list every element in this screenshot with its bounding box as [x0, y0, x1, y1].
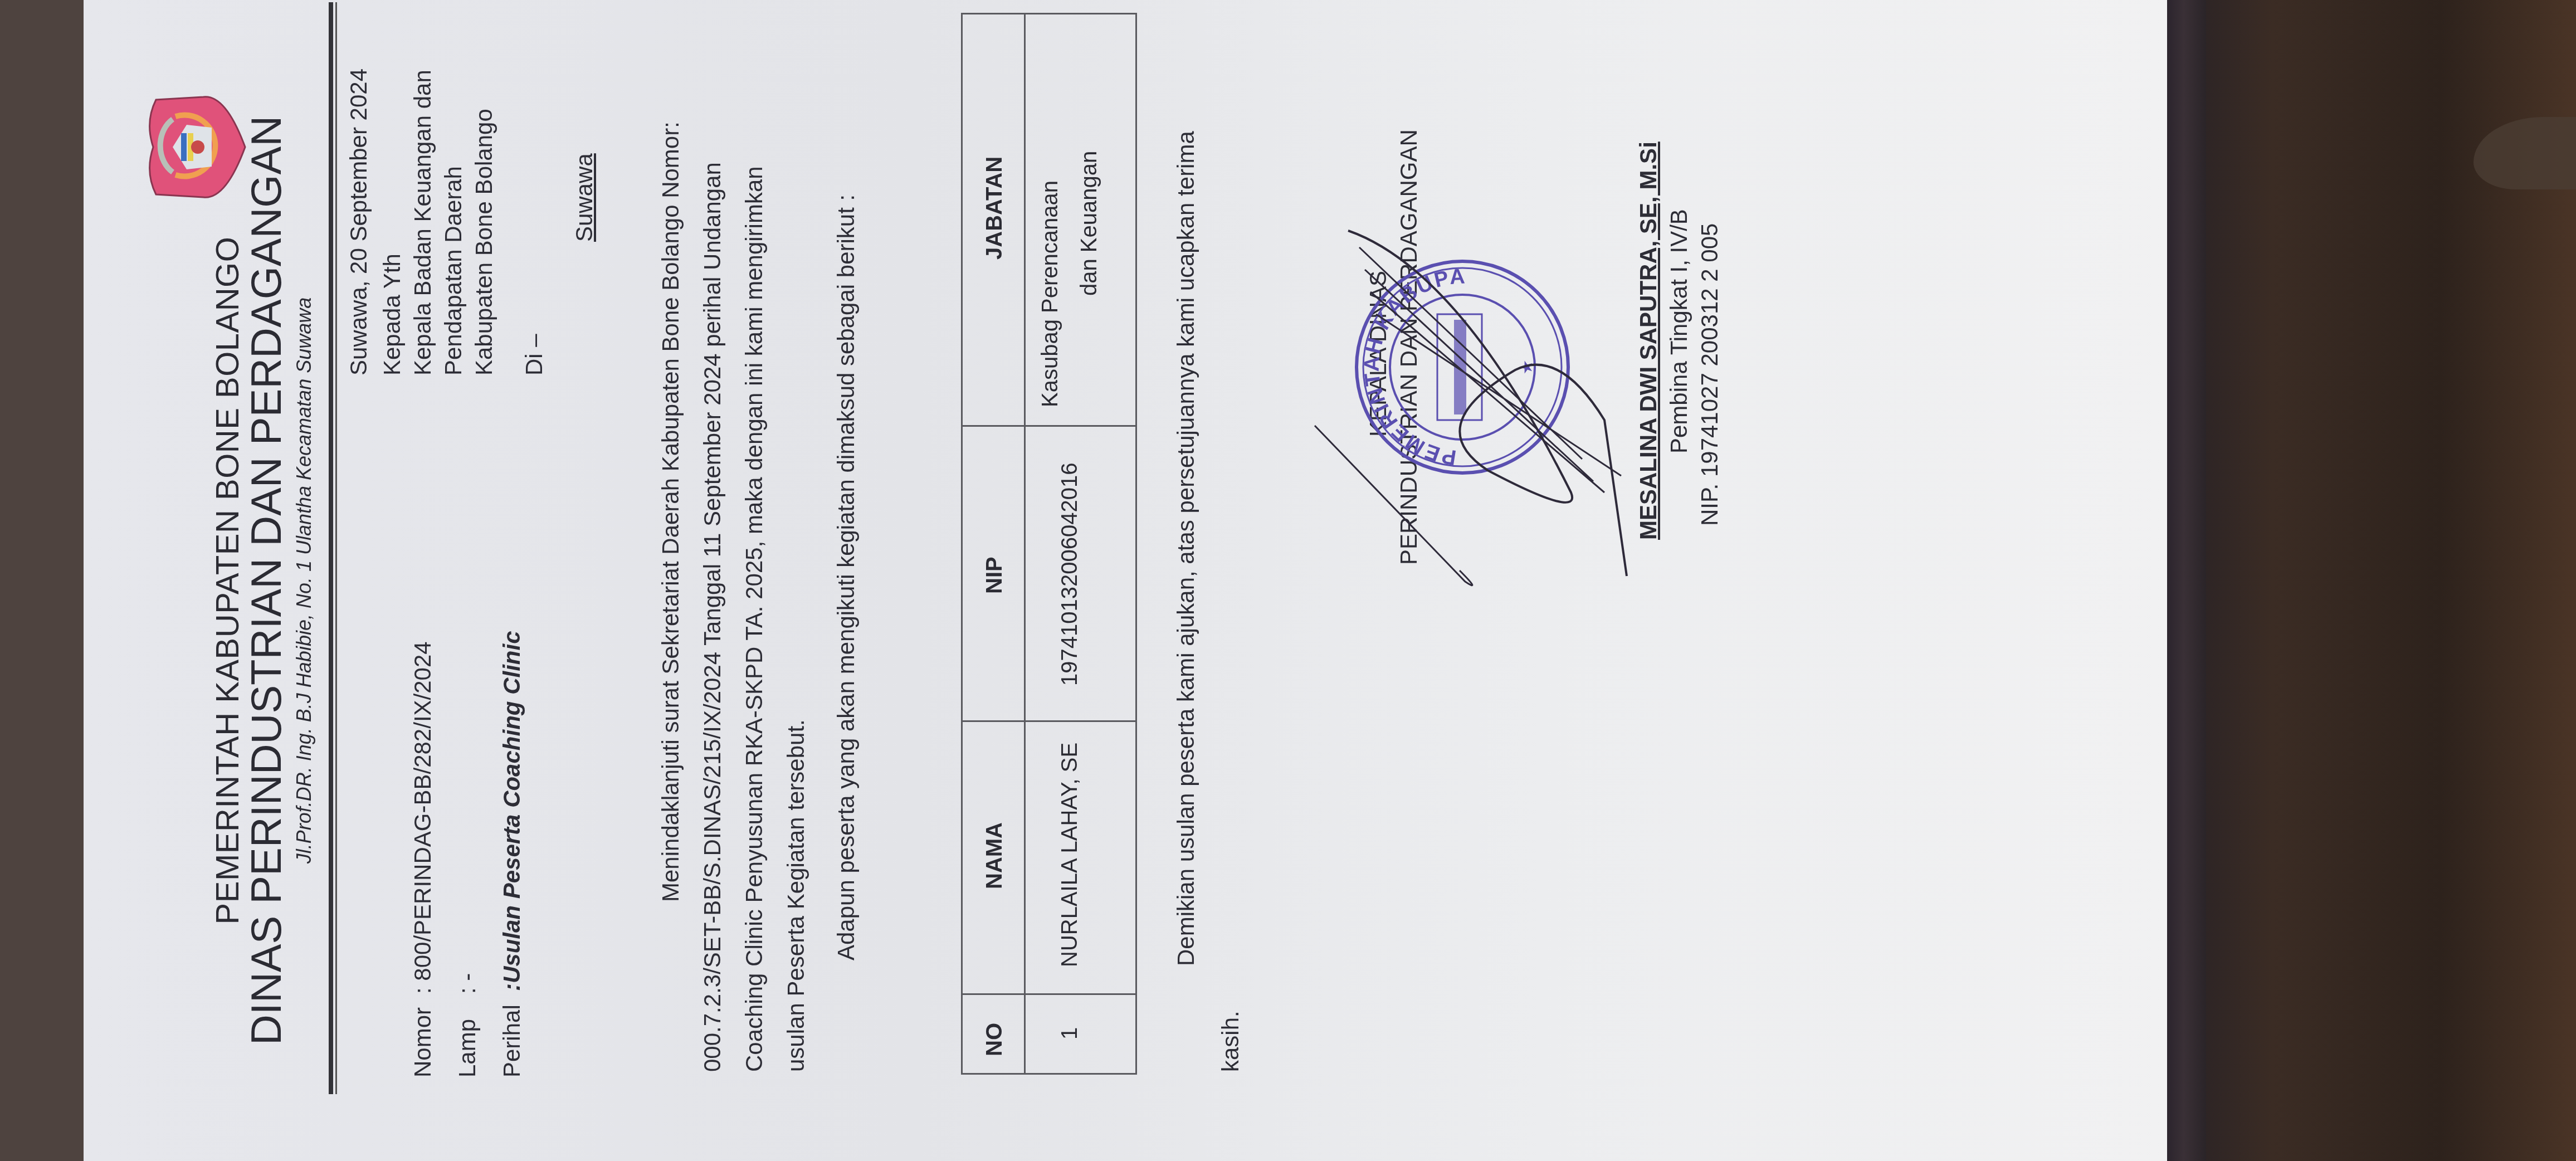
- recipient-line2: Pendapatan Daerah: [440, 166, 467, 375]
- lamp-label: Lamp: [454, 1019, 481, 1077]
- signatory-rank: Pembina Tingkat I, IV/B: [1666, 209, 1692, 453]
- body-para1-line3: Coaching Clinic Penyusunan RKA-SKPD TA. …: [741, 166, 768, 1072]
- nomor-value: : 800/PERINDAG-BB/282/IX/2024: [409, 641, 436, 994]
- table-divider: [963, 425, 1135, 427]
- place-date: Suwawa, 20 September 2024: [345, 69, 372, 375]
- table-cell-no: 1: [1057, 1027, 1082, 1040]
- handwritten-signature-icon: [1292, 158, 1671, 660]
- table-header-nama: NAMA: [982, 822, 1007, 889]
- body-para2: Adapun peserta yang akan mengikuti kegia…: [833, 194, 860, 960]
- lamp-value: : -: [454, 973, 481, 994]
- body-para1-line4: usulan Peserta Kegiatan tersebut.: [783, 719, 809, 1072]
- closing-line2: kasih.: [1217, 1011, 1244, 1072]
- table-header-jabatan: JABATAN: [982, 157, 1007, 260]
- recipient-line3: Kabupaten Bone Bolango: [471, 109, 497, 375]
- board-edge: [2162, 0, 2206, 1161]
- light-reflection: [2473, 117, 2576, 189]
- table-header-divider: [1024, 14, 1026, 1073]
- participants-table: NO NAMA NIP JABATAN 1 NURLAILA LAHAY, SE…: [961, 13, 1137, 1075]
- letterhead-government: PEMERINTAH KABUPATEN BONE BOLANGO: [209, 0, 246, 1161]
- letterhead-agency: DINAS PERINDUSTRIAN DAN PERDAGANGAN: [242, 0, 291, 1161]
- table-cell-nama: NURLAILA LAHAY, SE: [1057, 743, 1082, 967]
- body-para1-line1: Menindaklanjuti surat Sekretariat Daerah…: [657, 16, 684, 902]
- table-header-no: NO: [982, 1023, 1007, 1056]
- table-divider: [963, 993, 1135, 995]
- table-divider: [963, 720, 1135, 722]
- body-para1-line2: 000.7.2.3/SET-BB/S.DINAS/215/IX/2024 Tan…: [699, 162, 726, 1072]
- table-cell-nip: 197410132006042016: [1057, 463, 1082, 686]
- table-header-nip: NIP: [982, 557, 1007, 594]
- background-table-right: [2162, 0, 2576, 1161]
- letterhead-address: Jl.Prof.DR. Ing. B.J Habibie, No. 1 Ulan…: [292, 0, 316, 1161]
- nomor-label: Nomor: [409, 1007, 436, 1077]
- table-cell-jabatan-line1: Kasubag Perencanaan: [1038, 181, 1063, 407]
- recipient-greeting: Kepada Yth: [379, 253, 406, 375]
- signatory-name: MESALINA DWI SAPUTRA, SE, M.Si: [1635, 142, 1662, 540]
- letterhead-divider: [329, 2, 333, 1094]
- letterhead-divider-thin: [335, 2, 337, 1094]
- letter-page: PEMERINTAH KABUPATEN BONE BOLANGO DINAS …: [84, 0, 2167, 1161]
- background-table-left: [0, 0, 89, 1161]
- table-cell-jabatan-line2: dan Keuangan: [1077, 151, 1102, 296]
- recipient-line1: Kepala Badan Keuangan dan: [409, 70, 436, 375]
- perihal-value: :Usulan Peserta Coaching Clinic: [499, 631, 525, 992]
- closing-line1: Demikian usulan peserta kami ajukan, ata…: [1173, 131, 1199, 966]
- perihal-label: Perihal: [499, 1004, 525, 1077]
- recipient-di: Di –: [521, 334, 548, 375]
- recipient-city: Suwawa: [571, 153, 598, 242]
- signatory-nip: NIP. 19741027 200312 2 005: [1696, 223, 1723, 526]
